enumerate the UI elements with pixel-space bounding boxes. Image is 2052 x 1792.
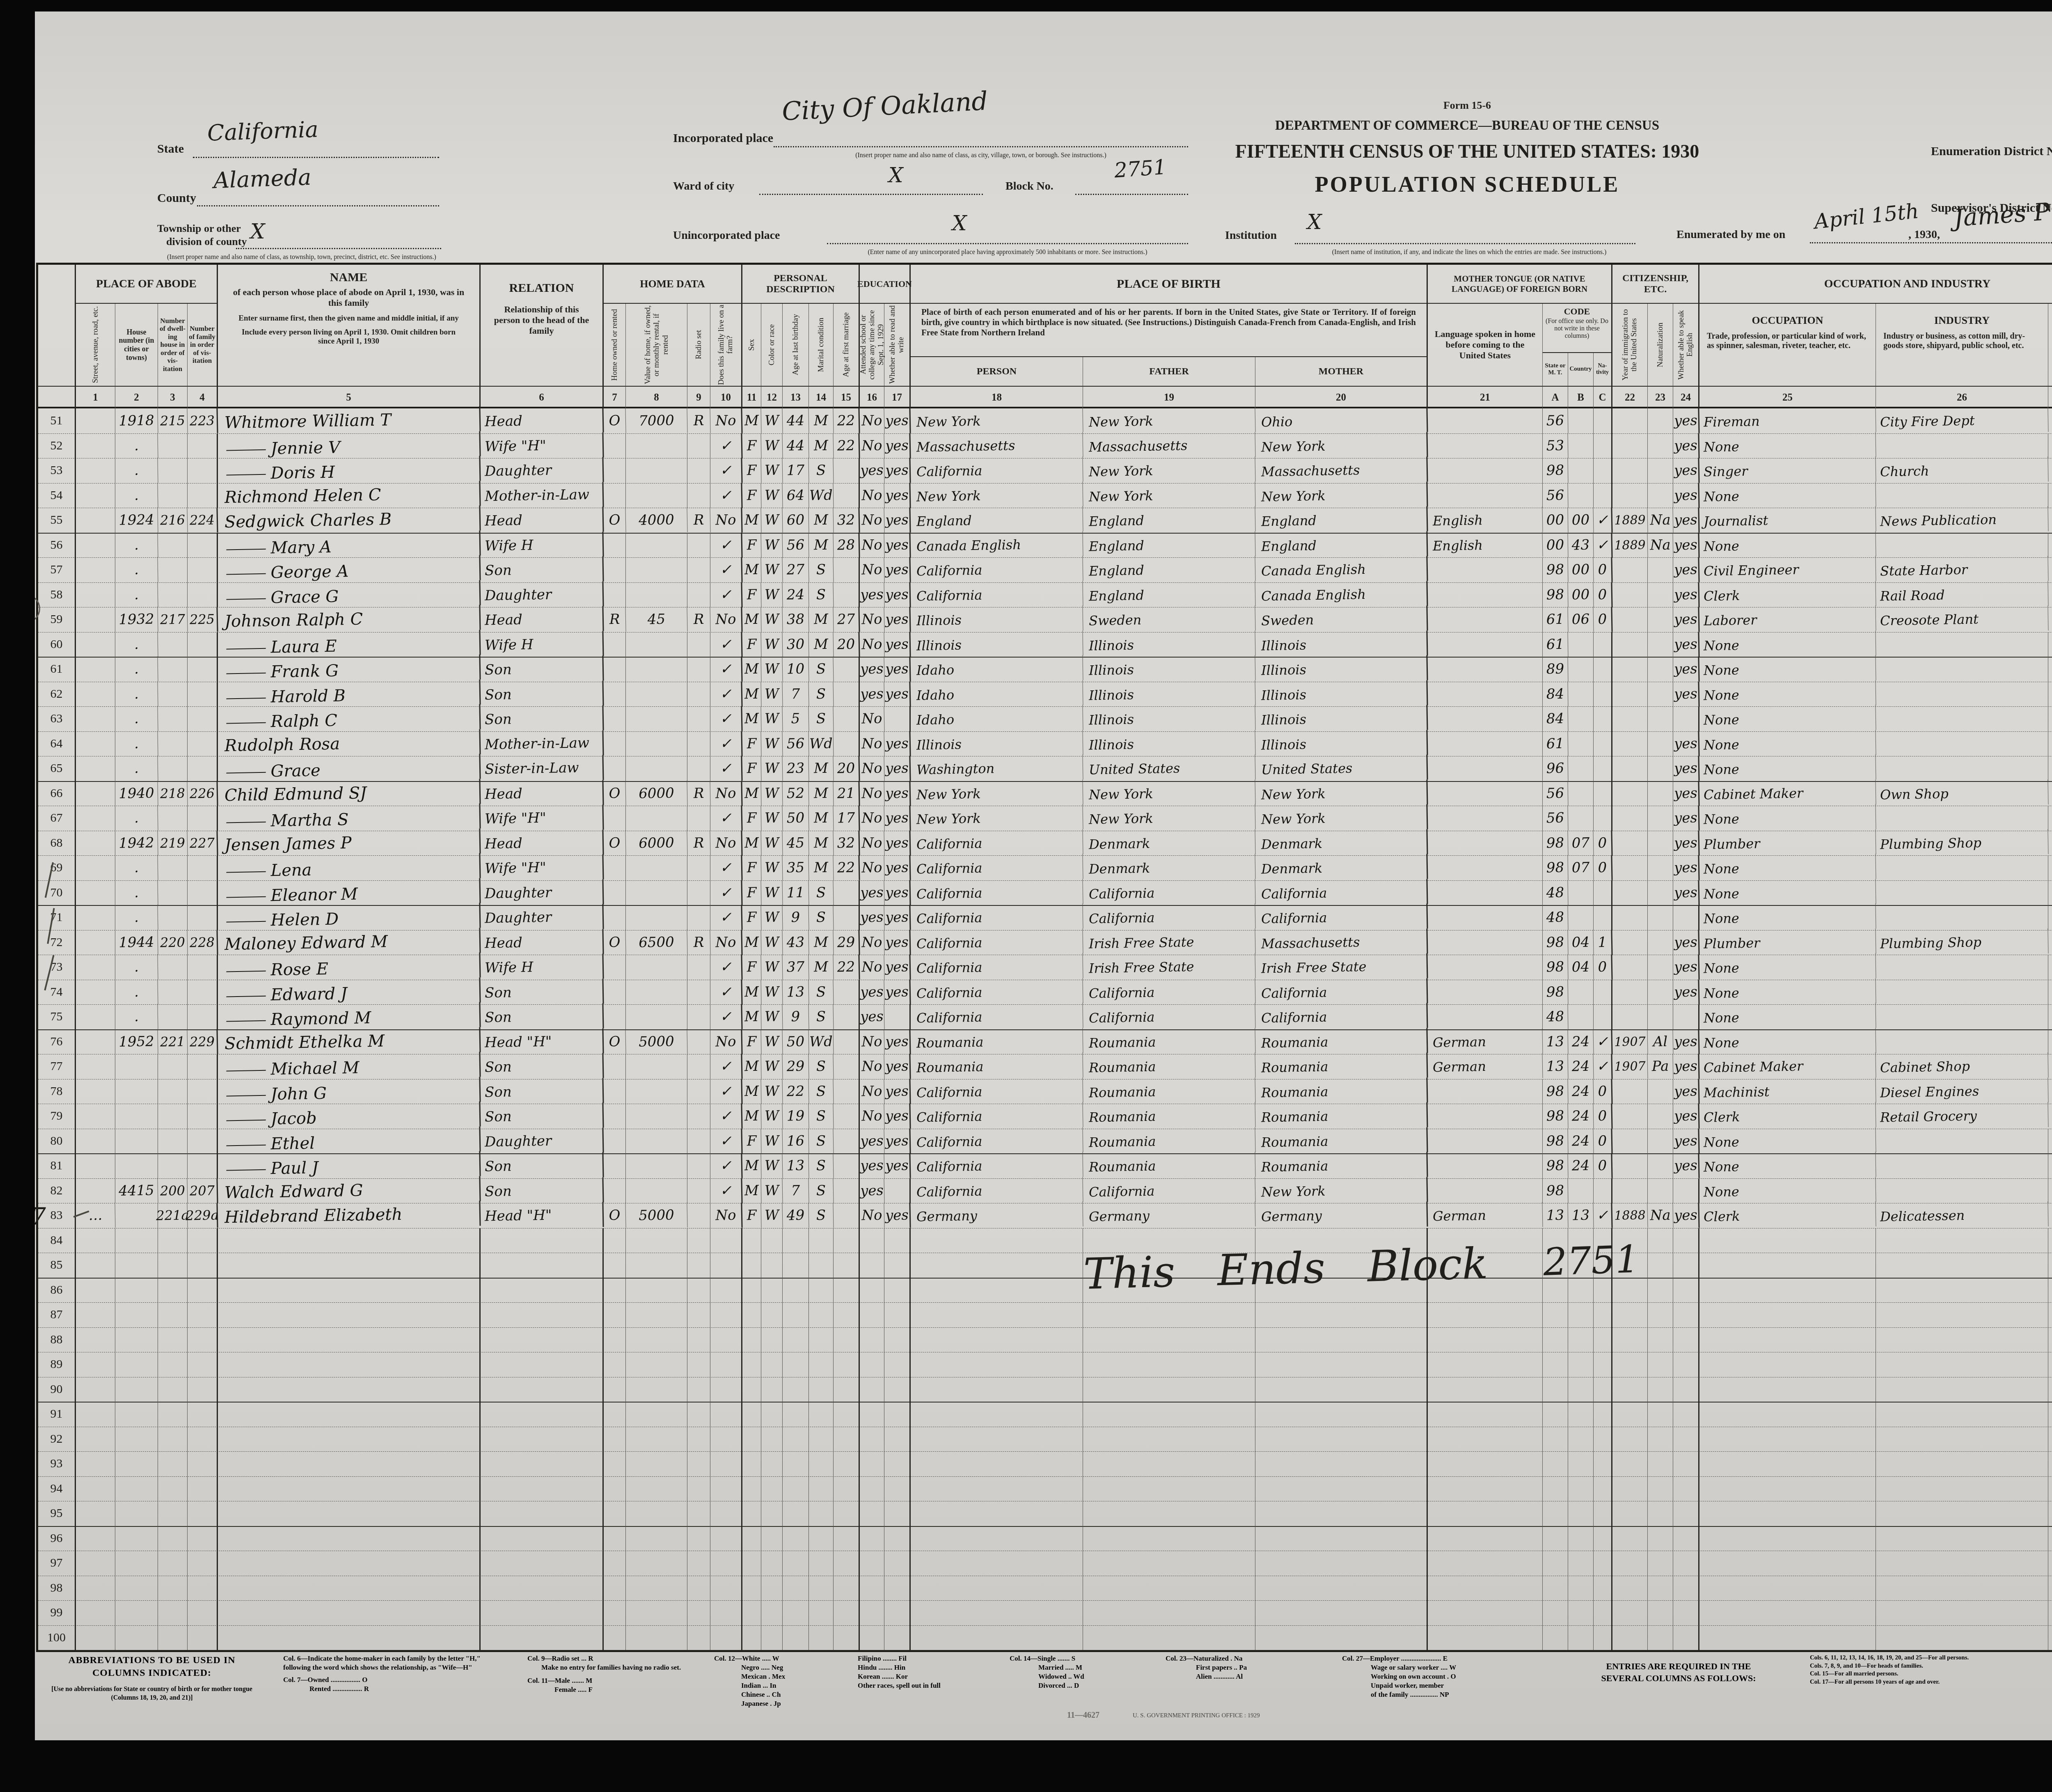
- footer-line: Chinese .. Ch: [714, 1690, 845, 1699]
- r99-relation: [481, 1600, 604, 1625]
- r52-house: .: [115, 433, 158, 458]
- r80-read: yes: [884, 1128, 911, 1154]
- hdr-colnum-14: 14: [809, 386, 834, 408]
- r77-lang: German: [1427, 1053, 1543, 1080]
- r96-lang: [1428, 1526, 1543, 1551]
- r70-radio: [687, 880, 710, 905]
- r81-dwelling: [158, 1153, 188, 1178]
- r94-eng: [1673, 1476, 1699, 1501]
- hdr-school: Attended school or college any time sinc…: [860, 304, 884, 386]
- enumerated-line: [1810, 242, 2052, 243]
- r53-family: [188, 458, 218, 483]
- r82-relation: Son: [480, 1177, 604, 1204]
- r88-cc: [1594, 1327, 1612, 1352]
- r90-race: [761, 1377, 783, 1402]
- r96-owned: [604, 1526, 626, 1551]
- r86-nat: [1648, 1278, 1673, 1303]
- r85-owned: [604, 1253, 626, 1278]
- r92-ind: [1876, 1427, 2048, 1452]
- r97-read: [884, 1551, 911, 1576]
- r71-eng: [1673, 905, 1699, 930]
- hdr-street: Street, avenue, road, etc.: [76, 304, 115, 386]
- table-row-86: 8686: [38, 1278, 2052, 1303]
- colgroup-g_tongue: MOTHER TONGUE (OR NATIVE LANGUAGE) OF FO…: [1428, 265, 1612, 304]
- r73-age: 37: [782, 954, 809, 980]
- r59-cd: 7845: [2048, 607, 2052, 632]
- r82-read: [884, 1178, 911, 1203]
- r78-street: [76, 1079, 115, 1104]
- r99-name: [218, 1600, 481, 1625]
- r75-family: [188, 1004, 218, 1029]
- r54-name: Richmond Helen C: [218, 481, 481, 510]
- r51-pobm: Ohio: [1255, 407, 1428, 435]
- r56-owned: [604, 533, 626, 558]
- r94-dwelling: [158, 1476, 188, 1501]
- r95-owned: [604, 1501, 626, 1526]
- r78-lang: [1428, 1079, 1543, 1104]
- hdr-occupation: OCCUPATIONTrade, profession, or particul…: [1699, 304, 1876, 386]
- r83-dwelling: 221a: [158, 1203, 188, 1228]
- r79-age: 19: [782, 1103, 809, 1129]
- r64-dwelling: [158, 731, 188, 756]
- r100-cc: [1594, 1625, 1612, 1650]
- r53-agem: [834, 458, 860, 483]
- r87-street: [76, 1302, 115, 1327]
- r95-pob: [911, 1501, 1083, 1526]
- r77-name: ⸻ Michael M: [218, 1052, 481, 1081]
- r58-relation: Daughter: [480, 581, 604, 608]
- r69-sex: F: [742, 855, 761, 880]
- r67-imm: [1612, 806, 1648, 831]
- hdr-sex-label: Sex: [747, 339, 756, 351]
- r75-sex: M: [742, 1004, 761, 1029]
- r82-farm: ✓: [710, 1178, 742, 1203]
- r96-eng: [1673, 1526, 1699, 1551]
- r81-name: ⸻ Paul J: [218, 1151, 481, 1180]
- r53-age: 17: [782, 458, 809, 483]
- r58-value: [626, 582, 687, 607]
- footer-line: ENTRIES ARE REQUIRED IN THE: [1564, 1661, 1793, 1673]
- r81-occ: None: [1699, 1152, 1876, 1180]
- colgroup-g_personal: PERSONAL DESCRIPTION: [742, 265, 860, 304]
- r84-agem: [834, 1228, 860, 1253]
- scan-border-bottom: [0, 1740, 2052, 1792]
- r100-dwelling: [158, 1625, 188, 1650]
- footer-block-col12b: Filipino ........ FilHindu ........ HinK…: [858, 1654, 993, 1690]
- r64-ind: [1876, 731, 2048, 756]
- hdr-relation-desc: Relationship of this person to the head …: [481, 295, 602, 336]
- r91-cb: [1568, 1402, 1594, 1427]
- r51-pobf: New York: [1083, 407, 1256, 435]
- r52-radio: [687, 433, 710, 458]
- r81-marital: S: [808, 1153, 834, 1178]
- r83-ca: 13: [1542, 1203, 1568, 1228]
- r57-family: [188, 557, 218, 582]
- r52-read: yes: [884, 433, 911, 458]
- r65-marital: M: [808, 756, 834, 781]
- r98-dwelling: [158, 1576, 188, 1601]
- r82-value: [626, 1178, 687, 1203]
- table-row-78: 78⸻ John GSon✓MW22SNoyesCaliforniaRouman…: [38, 1079, 2052, 1105]
- r53-race: W: [761, 458, 783, 483]
- r80-nat: [1648, 1129, 1673, 1154]
- r51-age: 44: [782, 408, 809, 433]
- r97-value: [626, 1551, 687, 1576]
- r72-cc: 1: [1593, 930, 1612, 955]
- r87-imm: [1612, 1302, 1648, 1327]
- r87-school: [860, 1302, 884, 1327]
- r80-lang: [1428, 1129, 1543, 1154]
- r79-value: [626, 1104, 687, 1129]
- r62-lang: [1428, 682, 1543, 707]
- r74-school: yes: [859, 979, 884, 1005]
- r71-radio: [687, 905, 710, 930]
- r97-lang: [1428, 1551, 1543, 1576]
- r70-occ: None: [1699, 879, 1876, 907]
- r62-pob: Idaho: [911, 680, 1083, 708]
- r94-farm: [710, 1476, 742, 1501]
- r61-value: [626, 657, 687, 682]
- r83-cb: 13: [1568, 1203, 1594, 1228]
- r97-family: [188, 1551, 218, 1576]
- r74-marital: S: [808, 979, 834, 1005]
- colgroup-g_pob: PLACE OF BIRTH: [911, 265, 1428, 304]
- r74-pob: California: [911, 978, 1083, 1006]
- r51-ca: 56: [1542, 408, 1568, 433]
- r62-owned: [604, 682, 626, 707]
- r96-dwelling: [158, 1526, 188, 1551]
- r79-street: [76, 1104, 115, 1129]
- r72-pob: California: [911, 928, 1083, 956]
- r59-house: 1932: [115, 607, 158, 632]
- r97-ca: [1543, 1551, 1568, 1576]
- r75-race: W: [761, 1004, 783, 1029]
- r69-dwelling: [158, 855, 188, 880]
- r95-family: [188, 1501, 218, 1526]
- r58-radio: [687, 582, 710, 607]
- r87-age: [783, 1302, 809, 1327]
- r79-dwelling: [158, 1104, 188, 1129]
- r51-cb: [1568, 408, 1594, 433]
- r61-ln: 61: [38, 657, 76, 682]
- r71-ca: 48: [1542, 905, 1568, 930]
- r68-cd: 30X1: [2048, 830, 2052, 856]
- r80-cc: 0: [1593, 1128, 1612, 1153]
- r65-name: ⸻ Grace: [218, 754, 481, 783]
- r65-ln: 65: [38, 756, 76, 781]
- r57-ind: State Harbor: [1876, 556, 2049, 584]
- r66-marital: M: [808, 781, 834, 806]
- r71-agem: [834, 905, 860, 930]
- r87-read: [884, 1302, 911, 1327]
- r94-pob: [911, 1476, 1083, 1501]
- r62-eng: yes: [1673, 681, 1699, 707]
- r80-pob: California: [911, 1127, 1083, 1155]
- r91-cc: [1594, 1402, 1612, 1427]
- r60-lang: [1428, 632, 1543, 657]
- r83-pobm: Germany: [1255, 1201, 1428, 1229]
- r77-read: yes: [884, 1054, 911, 1079]
- r86-pob: [911, 1278, 1083, 1303]
- table-row-80: 80⸻ EthelDaughter✓FW16SyesyesCaliforniaR…: [38, 1129, 2052, 1155]
- r70-marital: S: [808, 880, 834, 905]
- r64-owned: [604, 731, 626, 756]
- r69-cc: 0: [1593, 855, 1612, 880]
- r71-occ: None: [1699, 903, 1876, 931]
- r71-value: [626, 905, 687, 930]
- r90-owned: [604, 1377, 626, 1402]
- r86-cd: [2048, 1278, 2052, 1303]
- r70-cb: [1568, 880, 1594, 905]
- r95-marital: [809, 1501, 834, 1526]
- r83-value: 5000: [625, 1203, 687, 1228]
- r80-sex: F: [742, 1128, 761, 1153]
- r90-radio: [687, 1377, 710, 1402]
- r53-read: yes: [884, 458, 911, 483]
- footer-line: First papers .. Pa: [1166, 1663, 1321, 1672]
- r68-nat: [1648, 831, 1673, 856]
- r81-value: [626, 1153, 687, 1178]
- hdr-owned: Home owned or rented: [604, 304, 626, 386]
- r77-pobm: Roumania: [1255, 1052, 1428, 1080]
- r65-value: [626, 756, 687, 781]
- r86-street: [76, 1278, 115, 1303]
- footer-abbreviations: ABBREVIATIONS TO BE USED IN COLUMNS INDI…: [41, 1654, 2052, 1736]
- r53-pobm: Massachusetts: [1255, 456, 1428, 484]
- r65-read: yes: [884, 756, 911, 781]
- r95-imm: [1612, 1501, 1648, 1526]
- r87-pobm: [1255, 1302, 1428, 1327]
- r98-lang: [1428, 1576, 1543, 1601]
- r69-occ: None: [1699, 854, 1876, 882]
- r53-ind: Church: [1876, 456, 2049, 484]
- r85-ind: [1876, 1253, 2048, 1278]
- hdr-colnum-2: 2: [115, 386, 158, 408]
- r85-ln: 85: [38, 1253, 76, 1278]
- r65-pobm: United States: [1255, 754, 1428, 782]
- r74-house: .: [115, 979, 158, 1005]
- r54-radio: [687, 483, 710, 508]
- r58-dwelling: [158, 582, 188, 607]
- r95-farm: [710, 1501, 742, 1526]
- r93-value: [626, 1451, 687, 1476]
- r72-ca: 98: [1542, 930, 1568, 955]
- r98-house: [115, 1576, 158, 1601]
- r66-pobf: New York: [1083, 779, 1256, 807]
- r52-pob: Massachusetts: [911, 432, 1083, 460]
- r93-marital: [809, 1451, 834, 1476]
- r89-marital: [809, 1352, 834, 1377]
- r91-family: [188, 1402, 218, 1427]
- r56-race: W: [761, 532, 783, 557]
- state-label: State: [157, 142, 184, 156]
- r100-pobm: [1255, 1625, 1428, 1650]
- r57-owned: [604, 557, 626, 582]
- r75-cd: [2048, 1004, 2052, 1029]
- r77-cd: 0542: [2048, 1054, 2052, 1079]
- r85-family: [188, 1253, 218, 1278]
- r58-cc: 0: [1593, 582, 1612, 607]
- r59-radio: R: [687, 607, 710, 632]
- r85-farm: [710, 1253, 742, 1278]
- r67-ca: 56: [1542, 805, 1568, 831]
- r83-sex: F: [742, 1203, 761, 1228]
- r60-radio: [687, 632, 710, 657]
- r56-cb: 43: [1568, 532, 1594, 558]
- r60-dwelling: [158, 632, 188, 657]
- r67-value: [626, 806, 687, 831]
- r63-name: ⸻ Ralph C: [218, 704, 481, 733]
- r73-owned: [604, 955, 626, 980]
- r68-house: 1942: [115, 830, 158, 856]
- r74-cc: [1594, 980, 1612, 1005]
- r73-read: yes: [884, 954, 911, 980]
- r56-relation: Wife H: [480, 532, 604, 559]
- r77-race: W: [761, 1054, 783, 1079]
- r95-eng: [1673, 1501, 1699, 1526]
- r85-sex: [742, 1253, 761, 1278]
- r99-ind: [1876, 1600, 2048, 1625]
- r91-agem: [834, 1402, 860, 1427]
- r91-read: [884, 1402, 911, 1427]
- r70-ca: 48: [1542, 880, 1568, 905]
- footer-line: Japanese . Jp: [714, 1699, 845, 1708]
- r88-cb: [1568, 1327, 1594, 1352]
- r55-age: 60: [782, 507, 809, 533]
- r68-ln: 68: [38, 831, 76, 856]
- r82-dwelling: 200: [158, 1178, 188, 1203]
- r67-dwelling: [158, 806, 188, 831]
- r76-pobm: Roumania: [1255, 1028, 1428, 1056]
- r79-name: ⸻ Jacob: [218, 1101, 481, 1131]
- r71-owned: [604, 905, 626, 930]
- hdr-code-d: CODE(For office use only. Do not write i…: [2048, 304, 2052, 386]
- r72-dwelling: 220: [158, 930, 188, 955]
- r91-house: [115, 1402, 158, 1427]
- r90-ln: 90: [38, 1377, 76, 1402]
- r65-owned: [604, 756, 626, 781]
- r55-radio: R: [687, 508, 710, 533]
- r86-owned: [604, 1278, 626, 1303]
- r67-farm: ✓: [710, 805, 742, 831]
- r66-dwelling: 218: [158, 781, 188, 806]
- hdr-agem: Age at first marriage: [834, 304, 860, 386]
- r90-relation: [481, 1377, 604, 1402]
- r86-name: [218, 1278, 481, 1303]
- r85-nat: [1648, 1253, 1673, 1278]
- r61-house: .: [115, 656, 158, 682]
- r81-pobf: Roumania: [1083, 1152, 1256, 1180]
- r98-eng: [1673, 1576, 1699, 1601]
- r56-ln: 56: [38, 533, 76, 558]
- r56-lang: English: [1427, 532, 1543, 558]
- r77-house: [115, 1054, 158, 1079]
- r59-ca: 61: [1542, 607, 1568, 632]
- r92-occ: [1699, 1427, 1876, 1452]
- r67-age: 50: [782, 805, 809, 831]
- r55-cd: 8594: [2048, 507, 2052, 533]
- r95-ind: [1876, 1501, 2048, 1526]
- r84-pob: [911, 1228, 1083, 1253]
- r69-house: .: [115, 855, 158, 880]
- footer-line: Divorced ... D: [1010, 1681, 1145, 1690]
- r57-street: [76, 557, 115, 582]
- r89-pobf: [1083, 1352, 1255, 1377]
- r70-cc: [1594, 880, 1612, 905]
- r55-pob: England: [911, 506, 1083, 534]
- hdr-nat-label: Naturalization: [1656, 323, 1665, 367]
- r53-value: [626, 458, 687, 483]
- r62-radio: [687, 682, 710, 707]
- r67-lang: [1428, 806, 1543, 831]
- table-row-55: 551924216224Sedgwick Charles BHeadO4000R…: [38, 508, 2052, 534]
- r73-ln: 73: [38, 955, 76, 980]
- r52-ind: [1876, 433, 2048, 458]
- r79-family: [188, 1104, 218, 1129]
- r71-family: [188, 905, 218, 930]
- r62-race: W: [761, 681, 783, 706]
- r54-value: [626, 483, 687, 508]
- r57-race: W: [761, 557, 783, 582]
- r63-read: [884, 706, 911, 731]
- r80-race: W: [761, 1128, 783, 1153]
- r97-race: [761, 1551, 783, 1576]
- table-row-56: 56.⸻ Mary AWife H✓FW56M28NoyesCanada Eng…: [38, 533, 2052, 558]
- institution-line: [1295, 243, 1635, 244]
- r79-farm: ✓: [710, 1103, 742, 1129]
- r80-cd: [2048, 1129, 2052, 1154]
- r80-cb: 24: [1568, 1128, 1594, 1154]
- r62-value: [626, 682, 687, 707]
- r77-cb: 24: [1568, 1054, 1594, 1079]
- table-row-52: 52.⸻ Jennie VWife "H"✓FW44M22NoyesMassac…: [38, 433, 2052, 459]
- r93-agem: [834, 1451, 860, 1476]
- end-of-block-note: This Ends Block: [1083, 1238, 1489, 1299]
- r91-marital: [809, 1402, 834, 1427]
- table-row-54: 54.Richmond Helen CMother-in-Law✓FW64WdN…: [38, 483, 2052, 509]
- r80-pobf: Roumania: [1083, 1127, 1256, 1155]
- r98-relation: [481, 1576, 604, 1601]
- r57-imm: [1612, 557, 1648, 582]
- hdr-name-title: NAME: [218, 270, 479, 284]
- r94-race: [761, 1476, 783, 1501]
- r93-street: [76, 1451, 115, 1476]
- r63-eng: [1673, 706, 1699, 731]
- r65-radio: [687, 756, 710, 781]
- table-header: PLACE OF ABODEHOME DATAPERSONAL DESCRIPT…: [38, 265, 2052, 408]
- r51-cc: [1594, 408, 1612, 433]
- r75-pob: California: [911, 1003, 1083, 1031]
- r53-owned: [604, 458, 626, 483]
- hdr-colnum-9: 9: [687, 386, 710, 408]
- r79-ind: Retail Grocery: [1876, 1102, 2049, 1130]
- r99-imm: [1612, 1600, 1648, 1625]
- r65-pob: Washington: [911, 754, 1083, 782]
- hdr-owned-label: Home owned or rented: [610, 309, 619, 381]
- r93-ca: [1543, 1451, 1568, 1476]
- r59-race: W: [761, 607, 783, 632]
- r69-pobf: Denmark: [1083, 854, 1256, 882]
- r70-age: 11: [782, 880, 809, 905]
- r74-ln: 74: [38, 980, 76, 1005]
- r52-school: No: [859, 433, 884, 458]
- r82-lang: [1428, 1178, 1543, 1203]
- r87-sex: [742, 1302, 761, 1327]
- r56-pobf: England: [1083, 531, 1256, 559]
- r97-relation: [481, 1551, 604, 1576]
- r64-relation: Mother-in-Law: [480, 730, 604, 757]
- r75-pobm: California: [1255, 1003, 1428, 1031]
